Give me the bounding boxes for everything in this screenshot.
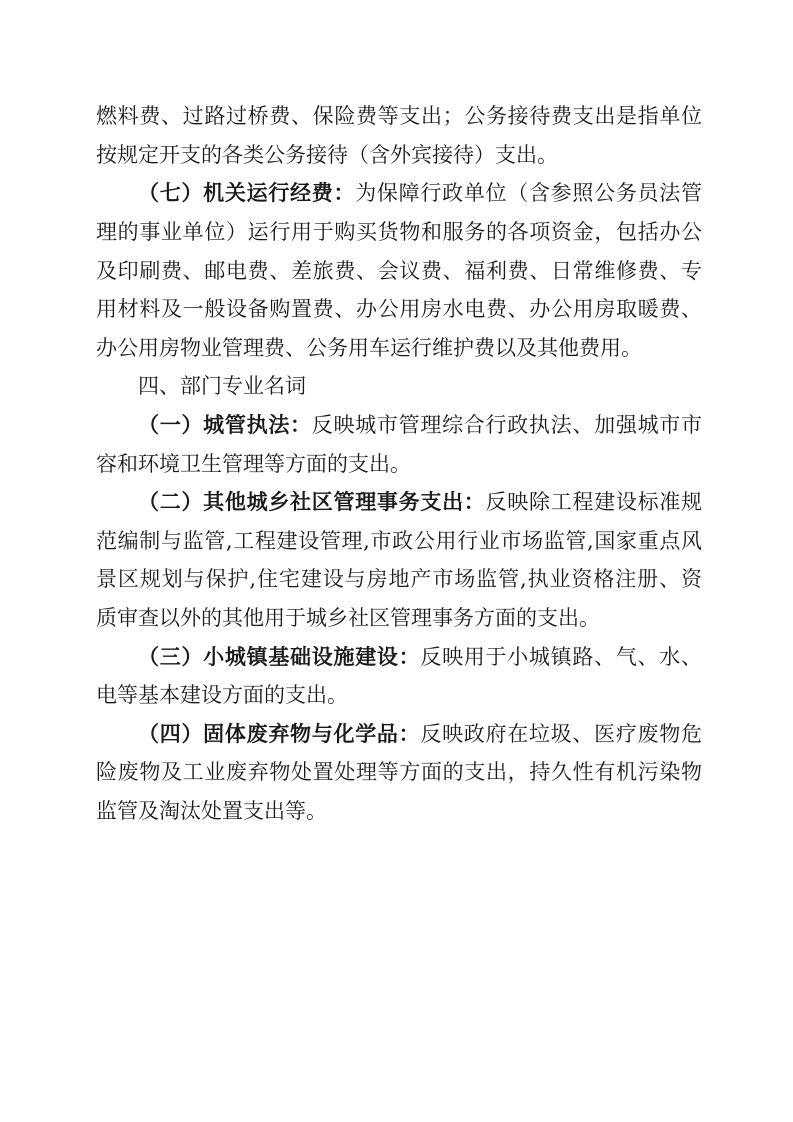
- body-text: 为保障行政单位（含参照公务员法管: [355, 181, 702, 205]
- paragraph-line-term-2: （二）其他城乡社区管理事务支出：反映除工程建设标准规: [138, 491, 702, 513]
- body-text: 质审查以外的其他用于城乡社区管理事务方面的支出。: [96, 606, 600, 630]
- paragraph-line: 监管及淘汰处置支出等。: [96, 800, 702, 822]
- section-heading: 四、部门专业名词: [138, 375, 702, 397]
- paragraph-line: 及印刷费、邮电费、差旅费、会议费、福利费、日常维修费、专: [96, 260, 702, 282]
- body-text: 反映政府在垃圾、医疗废物危: [420, 722, 702, 746]
- paragraph-line: 燃料费、过路过桥费、保险费等支出；公务接待费支出是指单位: [96, 105, 702, 127]
- section-title: 四、部门专业名词: [138, 374, 306, 398]
- document-page: 燃料费、过路过桥费、保险费等支出；公务接待费支出是指单位 按规定开支的各类公务接…: [0, 0, 793, 1122]
- paragraph-line-term-1: （一）城管执法：反映城市管理综合行政执法、加强城市市: [138, 414, 702, 436]
- paragraph-line: 容和环境卫生管理等方面的支出。: [96, 453, 702, 475]
- paragraph-line: 景区规划与保护,住宅建设与房地产市场监管,执业资格注册、资: [96, 568, 702, 590]
- paragraph-line-term-3: （三）小城镇基础设施建设：反映用于小城镇路、气、水、: [138, 646, 702, 668]
- paragraph-line-term-4: （四）固体废弃物与化学品：反映政府在垃圾、医疗废物危: [138, 723, 702, 745]
- paragraph-line: 理的事业单位）运行用于购买货物和服务的各项资金，包括办公: [96, 221, 702, 243]
- term-heading: （四）固体废弃物与化学品：: [138, 722, 420, 746]
- paragraph-line: 质审查以外的其他用于城乡社区管理事务方面的支出。: [96, 607, 702, 629]
- body-text: 办公用房物业管理费、公务用车运行维护费以及其他费用。: [96, 336, 642, 360]
- term-heading: （二）其他城乡社区管理事务支出：: [138, 490, 486, 514]
- body-text: 容和环境卫生管理等方面的支出。: [96, 452, 411, 476]
- body-text: 监管及淘汰处置支出等。: [96, 799, 327, 823]
- paragraph-line: 范编制与监管,工程建设管理,市政公用行业市场监管,国家重点风: [96, 530, 702, 552]
- term-heading: （一）城管执法：: [138, 413, 312, 437]
- body-text: 及印刷费、邮电费、差旅费、会议费、福利费、日常维修费、专: [96, 259, 702, 283]
- term-heading: （七）机关运行经费：: [138, 181, 355, 205]
- paragraph-line: 电等基本建设方面的支出。: [96, 684, 702, 706]
- paragraph-line: 用材料及一般设备购置费、办公用房水电费、办公用房取暖费、: [96, 298, 702, 320]
- body-text: 范编制与监管,工程建设管理,市政公用行业市场监管,国家重点风: [96, 529, 702, 553]
- term-heading: （三）小城镇基础设施建设：: [138, 645, 420, 669]
- paragraph-line: 按规定开支的各类公务接待（含外宾接待）支出。: [96, 144, 702, 166]
- body-text: 按规定开支的各类公务接待（含外宾接待）支出。: [96, 143, 558, 167]
- body-text: 景区规划与保护,住宅建设与房地产市场监管,执业资格注册、资: [96, 567, 702, 591]
- body-text: 反映除工程建设标准规: [486, 490, 702, 514]
- body-text: 反映用于小城镇路、气、水、: [420, 645, 702, 669]
- paragraph-line: 险废物及工业废弃物处置处理等方面的支出，持久性有机污染物: [96, 761, 702, 783]
- body-text: 理的事业单位）运行用于购买货物和服务的各项资金，包括办公: [96, 220, 702, 244]
- body-text: 燃料费、过路过桥费、保险费等支出；公务接待费支出是指单位: [96, 104, 702, 128]
- body-text: 险废物及工业废弃物处置处理等方面的支出，持久性有机污染物: [96, 760, 702, 784]
- paragraph-line-term-7: （七）机关运行经费：为保障行政单位（含参照公务员法管: [138, 182, 702, 204]
- paragraph-line: 办公用房物业管理费、公务用车运行维护费以及其他费用。: [96, 337, 702, 359]
- body-text: 反映城市管理综合行政执法、加强城市市: [312, 413, 702, 437]
- body-text: 用材料及一般设备购置费、办公用房水电费、办公用房取暖费、: [96, 297, 702, 321]
- body-text: 电等基本建设方面的支出。: [96, 683, 348, 707]
